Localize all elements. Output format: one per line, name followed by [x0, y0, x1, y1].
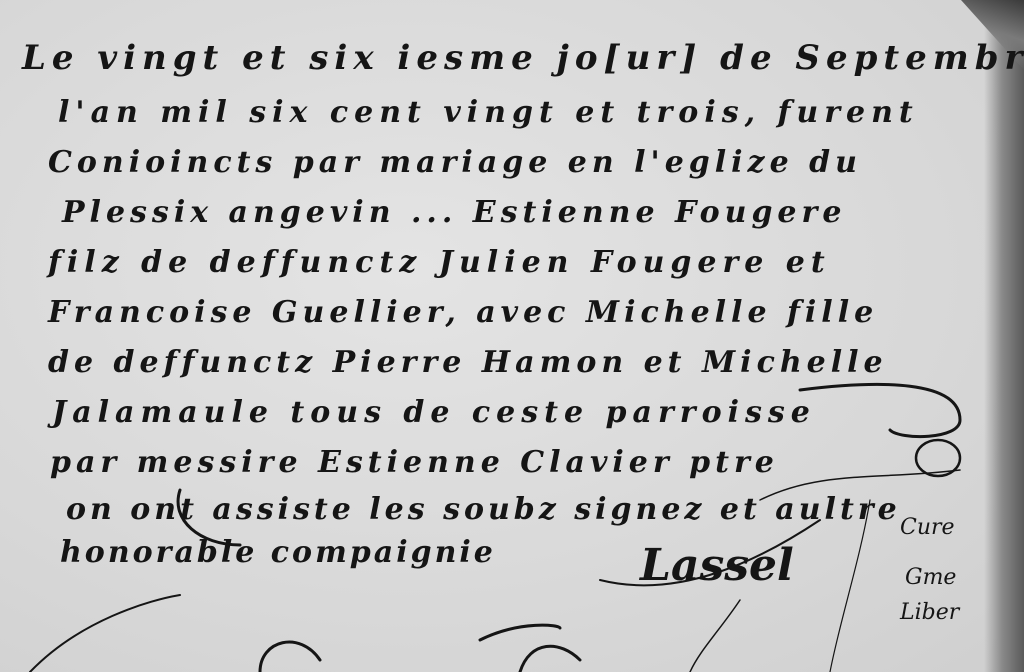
- ink-flourishes: [0, 0, 1024, 672]
- manuscript-page: Le vingt et six iesme jo[ur] de Septembr…: [0, 0, 1024, 672]
